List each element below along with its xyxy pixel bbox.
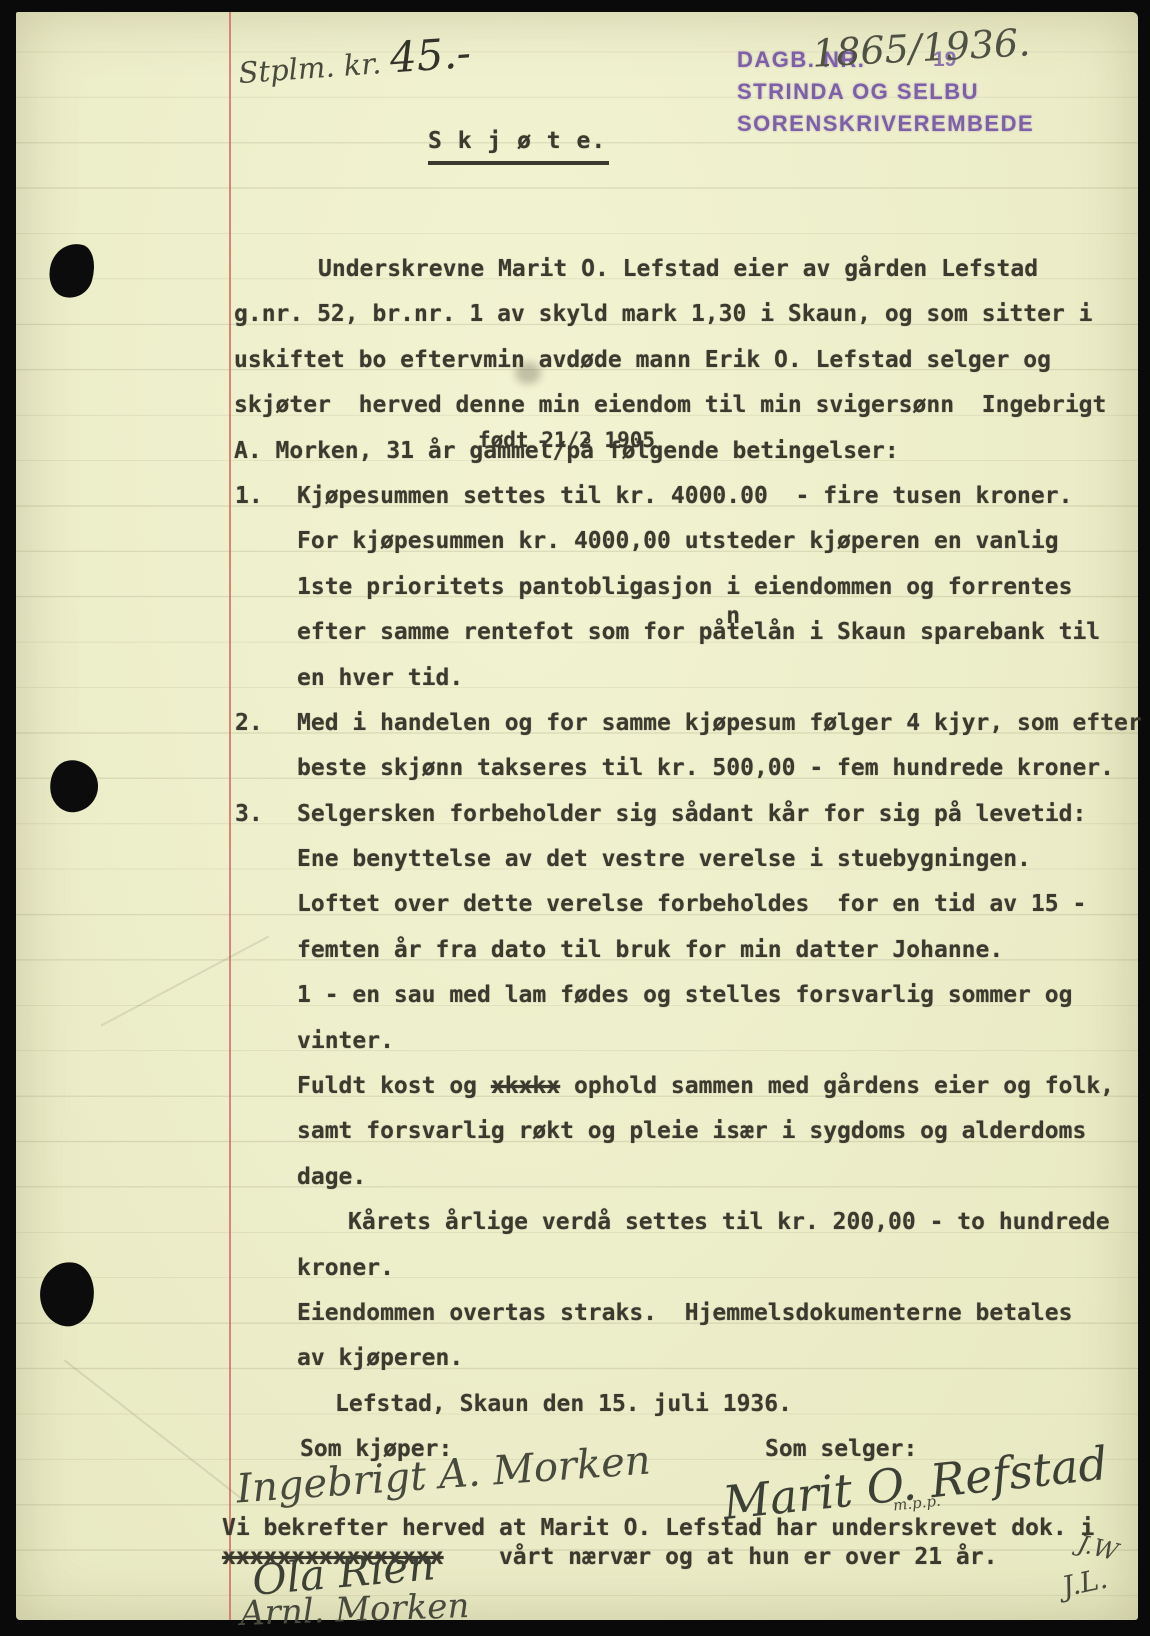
document-title: S k j ø t e. — [428, 128, 609, 165]
office-name-line1: STRINDA OG SELBU — [737, 79, 979, 104]
margin-line — [229, 12, 231, 1620]
deed-line: samt forsvarlig røkt og pleie især i syg… — [234, 1109, 1150, 1154]
inserted-birthdate: født 21/2 1905 — [478, 418, 655, 463]
witness-signature-2: Arnl. Morken — [239, 1586, 470, 1634]
deed-line: Eiendommen overtas straks. Hjemmelsdokum… — [234, 1291, 1150, 1336]
date-line: Lefstad, Skaun den 15. juli 1936. — [234, 1382, 1150, 1427]
deed-line: dage. — [234, 1155, 1150, 1200]
deed-line: 1ste prioritets pantobligasjon i eiendom… — [234, 565, 1150, 610]
deed-line: skjøter herved denne min eiendom til min… — [234, 383, 1150, 428]
deed-line: Ene benyttelse av det vestre verelse i s… — [234, 837, 1150, 882]
deed-line: kroner. — [234, 1246, 1150, 1291]
scanned-deed-page: Stplm. kr. 45.- DAGB. NR.STRINDA OG SELB… — [0, 0, 1150, 1636]
deed-line: efter samme rentefot som for påntelån i … — [234, 610, 1150, 655]
attestation-line: Vi bekrefter herved at Marit O. Lefstad … — [222, 1514, 1094, 1543]
deed-line: For kjøpesummen kr. 4000,00 utsteder kjø… — [234, 519, 1150, 564]
deed-line: g.nr. 52, br.nr. 1 av skyld mark 1,30 i … — [234, 292, 1150, 337]
deed-line: 1 - en sau med lam fødes og stelles fors… — [234, 973, 1150, 1018]
deed-body: Underskrevne Marit O. Lefstad eier av gå… — [234, 247, 1150, 1473]
deed-line: beste skjønn takseres til kr. 500,00 - f… — [234, 746, 1150, 791]
stamp-duty-prefix: Stplm. kr. — [237, 46, 391, 91]
item-number: 2. — [235, 701, 263, 746]
deed-line: femten år fra dato til bruk for min datt… — [234, 928, 1150, 973]
deed-line: født 21/2 1905A. Morken, 31 år gammel/på… — [234, 429, 1150, 474]
list-item-2: 2.Med i handelen og for samme kjøpesum f… — [234, 701, 1150, 746]
item-number: 1. — [235, 474, 263, 519]
deed-line: uskiftet bo eftervmin avdøde mann Erik O… — [234, 338, 1150, 383]
item-number: 3. — [235, 792, 263, 837]
office-name-line2: SORENSKRIVEREMBEDE — [737, 111, 1034, 136]
list-item-3: 3.Selgersken forbeholder sig sådant kår … — [234, 792, 1150, 837]
deed-line: Loftet over dette verelse forbeholdes fo… — [234, 882, 1150, 927]
deed-line: av kjøperen. — [234, 1336, 1150, 1381]
list-item-1: 1.Kjøpesummen settes til kr. 4000.00 - f… — [234, 474, 1150, 519]
deed-line: Fuldt kost og xkxkx ophold sammen med gå… — [234, 1064, 1150, 1109]
struck-out-word: xkxkx — [491, 1073, 560, 1099]
deed-line: Underskrevne Marit O. Lefstad eier av gå… — [234, 247, 1150, 292]
deed-line: Kårets årlige verdå settes til kr. 200,0… — [234, 1200, 1150, 1245]
deed-line: vinter. — [234, 1019, 1150, 1064]
deed-line: en hver tid. — [234, 656, 1150, 701]
stamp-duty-amount: 45.- — [388, 28, 472, 83]
